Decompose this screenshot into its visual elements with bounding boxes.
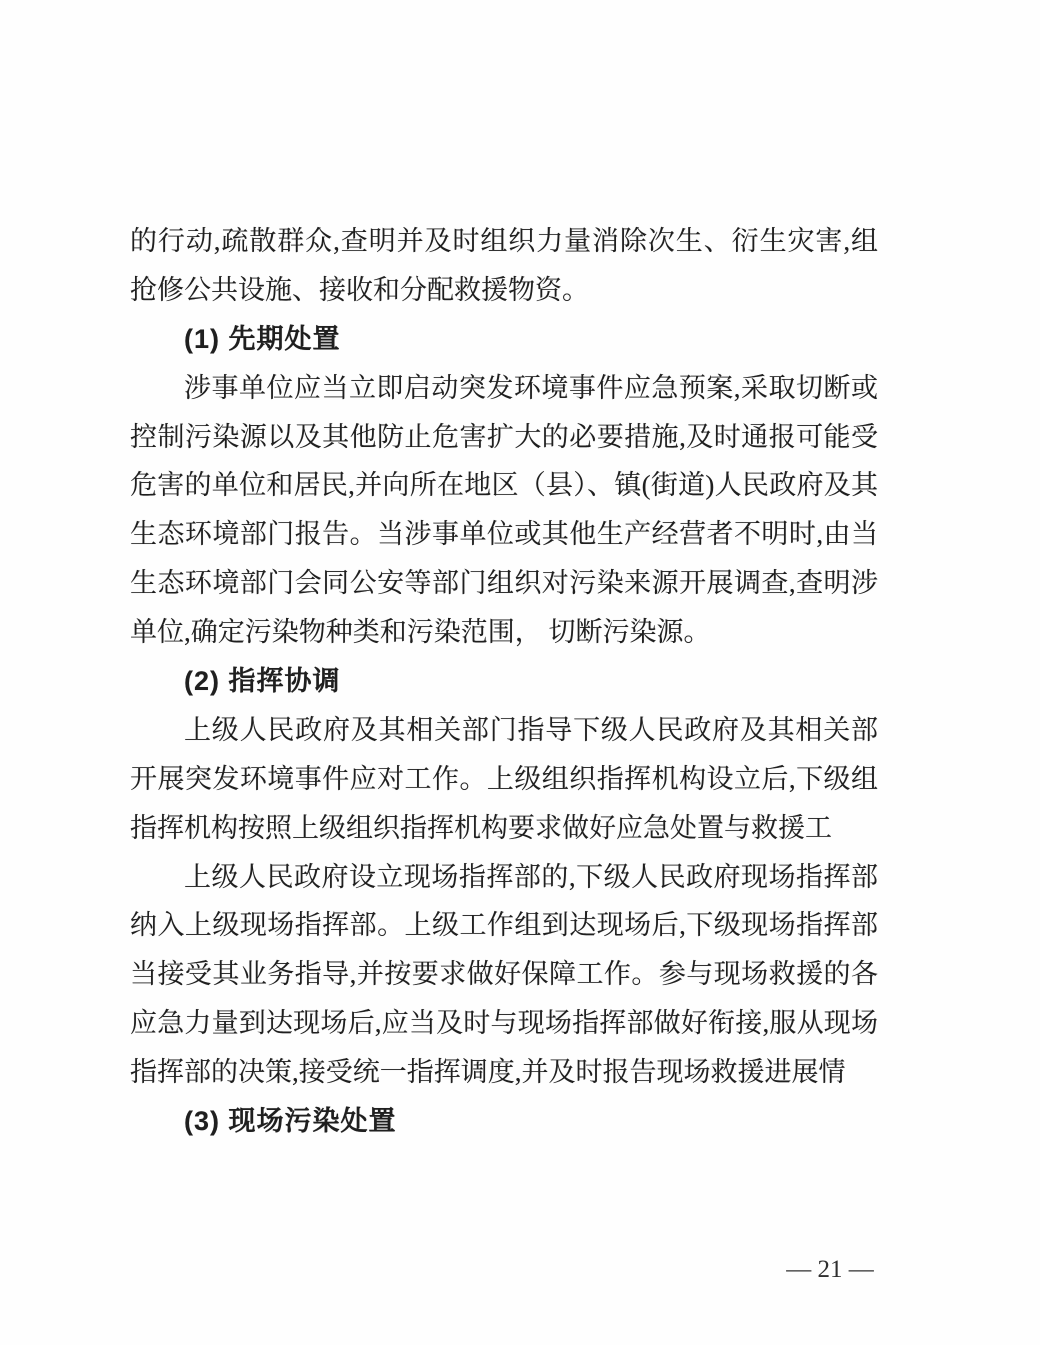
text-line: 危害的单位和居民,并向所在地区（县）、镇(街道)人民政府及其 (130, 461, 878, 510)
text-line: 控制污染源以及其他防止危害扩大的必要措施,及时通报可能受到 (130, 413, 878, 462)
page-body-text: 的行动,疏散群众,查明并及时组织力量消除次生、衍生灾害,组织 抢修公共设施、接收… (130, 217, 878, 1146)
text-line: 上级人民政府设立现场指挥部的,下级人民政府现场指挥部应 (130, 853, 878, 902)
document-page: 的行动,疏散群众,查明并及时组织力量消除次生、衍生灾害,组织 抢修公共设施、接收… (0, 0, 1040, 1345)
page-number: — 21 — (768, 1256, 892, 1284)
text-line: 生态环境部门报告。当涉事单位或其他生产经营者不明时,由当地 (130, 510, 878, 559)
text-line: 纳入上级现场指挥部。上级工作组到达现场后,下级现场指挥部应 (130, 901, 878, 950)
section-heading: (1) 先期处置 (130, 315, 878, 364)
text-line: 应急力量到达现场后,应当及时与现场指挥部做好衔接,服从现场 (130, 999, 878, 1048)
text-line: 生态环境部门会同公安等部门组织对污染来源开展调查,查明涉事 (130, 559, 878, 608)
text-line: 单位,确定污染物种类和污染范围， 切断污染源。 (130, 608, 878, 657)
text-line: 上级人民政府及其相关部门指导下级人民政府及其相关部门 (130, 706, 878, 755)
section-heading: (2) 指挥协调 (130, 657, 878, 706)
text-line: 开展突发环境事件应对工作。上级组织指挥机构设立后,下级组织 (130, 755, 878, 804)
text-line: 涉事单位应当立即启动突发环境事件应急预案,采取切断或者 (130, 364, 878, 413)
text-line: 当接受其业务指导,并按要求做好保障工作。参与现场救援的各类 (130, 950, 878, 999)
section-heading: (3) 现场污染处置 (130, 1097, 878, 1146)
text-line: 的行动,疏散群众,查明并及时组织力量消除次生、衍生灾害,组织 (130, 217, 878, 266)
text-line: 抢修公共设施、接收和分配救援物资。 (130, 266, 878, 315)
text-line: 指挥机构按照上级组织指挥机构要求做好应急处置与救援工作。 (130, 804, 878, 853)
text-line: 指挥部的决策,接受统一指挥调度,并及时报告现场救援进展情况。 (130, 1048, 878, 1097)
